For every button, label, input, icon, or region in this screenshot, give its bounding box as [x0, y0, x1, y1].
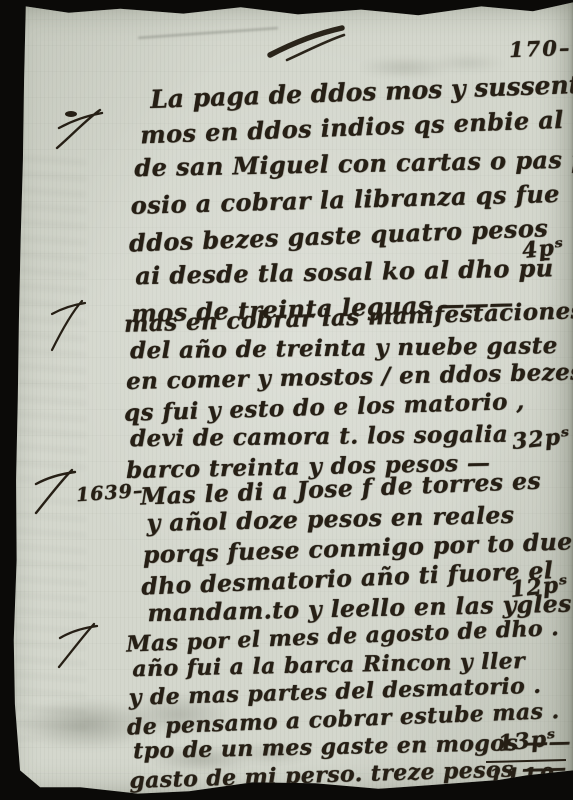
sum-total: 1110– — [489, 762, 570, 787]
margin-amount: 32pˢ — [511, 423, 572, 455]
entry-paragraph: Mas por el mes de agosto de dho . año fu… — [126, 623, 507, 791]
paraph-icon — [54, 106, 106, 152]
paraph-icon — [32, 466, 78, 516]
entry-paragraph: Mas le di a Jose f de torres es y añol d… — [140, 472, 522, 626]
double-slash-icon — [263, 20, 349, 64]
paper-sheet: 170– La paga de ddos mos y sussento . 3p… — [0, 0, 573, 800]
entry-paragraph: mos en ddos indios qs enbie al pū de sa… — [128, 109, 509, 328]
folio-number: 170– — [509, 35, 572, 62]
entry-paragraph: mas en cobrar las manifestaciones del añ… — [124, 304, 514, 481]
margin-amount: 4pˢ — [521, 234, 566, 264]
manuscript-scan: 170– La paga de ddos mos y sussento . 3p… — [0, 0, 573, 800]
paraph-icon — [48, 298, 88, 354]
pencil-ghost-line — [138, 27, 278, 39]
paraph-icon — [56, 620, 100, 670]
